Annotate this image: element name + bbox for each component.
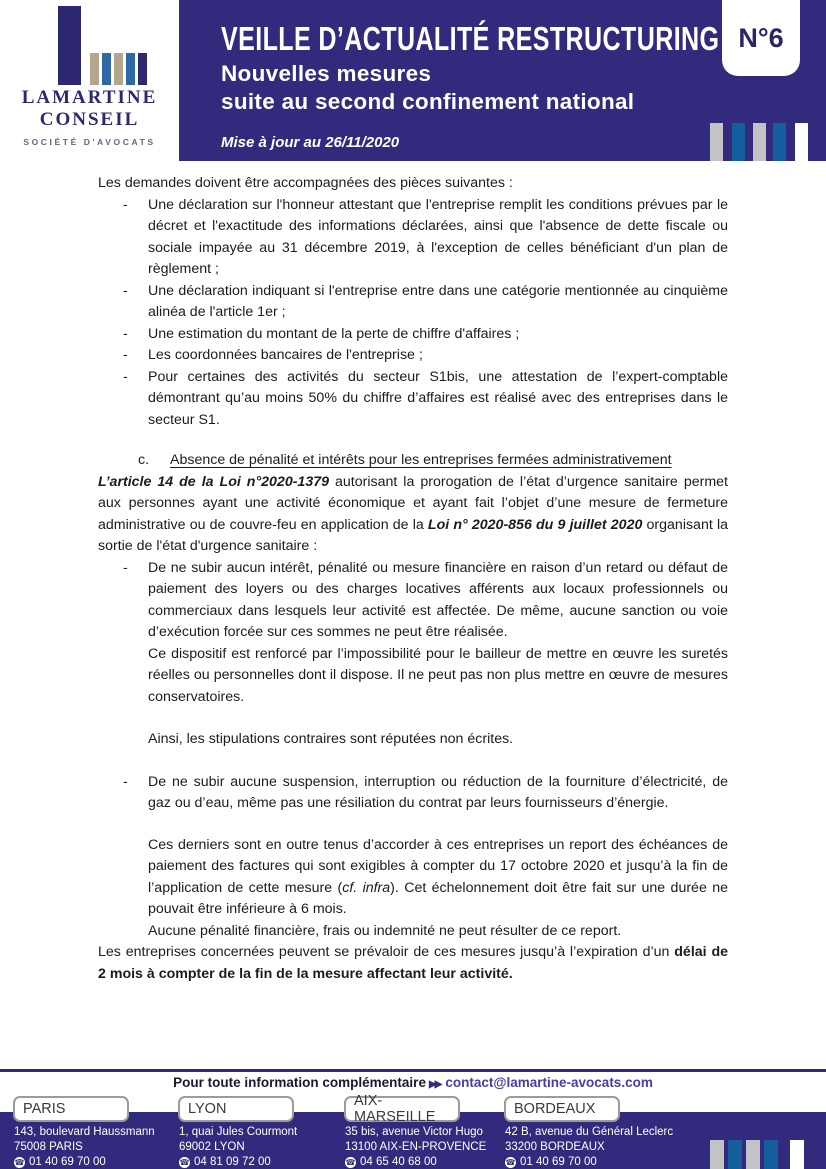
decor-bar-blue-2 (764, 1140, 778, 1169)
measure-block-2: - De ne subir aucune suspension, interru… (98, 772, 728, 943)
phone-icon: ☎ (345, 1157, 356, 1168)
list-item: - Pour certaines des activités du secteu… (98, 367, 728, 432)
footer-divider (0, 1069, 826, 1072)
logo-line1: LAMARTINE (0, 87, 179, 109)
decor-bar-gray-2 (746, 1140, 760, 1169)
decor-bar-blue-2 (773, 123, 786, 161)
phone-number: 01 40 69 70 00 (520, 1155, 597, 1169)
office-address-bordeaux: 42 B, avenue du Général Leclerc 33200 BO… (505, 1125, 673, 1169)
office-address-line: 42 B, avenue du Général Leclerc (505, 1125, 673, 1140)
list-item-text: Une déclaration sur l'honneur attestant … (148, 197, 728, 278)
list-item: - Les coordonnées bancaires de l'entrepr… (98, 345, 728, 367)
measure-block-1: - De ne subir aucun intérêt, pénalité ou… (98, 558, 728, 751)
footer-contact-line: Pour toute information complémentaire▶▶c… (0, 1075, 826, 1090)
measure-1-follow: Ce dispositif est renforcé par l’impossi… (148, 644, 728, 709)
header-banner: LAMARTINE CONSEIL SOCIÉTÉ D'AVOCATS VEIL… (0, 0, 826, 161)
office-address-paris: 143, boulevard Haussmann 75008 PARIS ☎ 0… (14, 1125, 155, 1169)
logo-bars-icon (58, 6, 150, 86)
office-address-line: 69002 LYON (179, 1140, 297, 1155)
section-heading: c.Absence de pénalité et intérêts pour l… (98, 450, 728, 472)
list-item-text: Une déclaration indiquant si l'entrepris… (148, 283, 728, 321)
list-item-text: Une estimation du montant de la perte de… (148, 326, 519, 342)
office-address-line: 75008 PARIS (14, 1140, 155, 1155)
bullet-dash: - (123, 195, 128, 217)
office-card-paris: PARIS (13, 1096, 129, 1122)
list-item: - Une estimation du montant de la perte … (98, 324, 728, 346)
decor-bar-white (795, 123, 808, 161)
contact-email-link[interactable]: contact@lamartine-avocats.com (445, 1075, 652, 1090)
closing-text: Les entreprises concernées peuvent se pr… (98, 944, 674, 960)
logo-bar-3 (114, 53, 123, 85)
closing-paragraph: Les entreprises concernées peuvent se pr… (98, 942, 728, 985)
office-card-lyon: LYON (178, 1096, 294, 1122)
list-item-text: Pour certaines des activités du secteur … (148, 369, 728, 428)
decor-bar-blue-1 (728, 1140, 742, 1169)
list-item: - Une déclaration sur l'honneur attestan… (98, 195, 728, 281)
list-item: - Une déclaration indiquant si l'entrepr… (98, 281, 728, 324)
logo-bar-tall (58, 6, 81, 85)
issue-number: N°6 (738, 23, 783, 54)
office-address-line: 35 bis, avenue Victor Hugo (345, 1125, 486, 1140)
document-body: Les demandes doivent être accompagnées d… (98, 161, 728, 985)
office-phone-row: ☎ 01 40 69 70 00 (505, 1155, 673, 1169)
measure-2-bullet: De ne subir aucune suspension, interrupt… (148, 772, 728, 815)
phone-icon: ☎ (14, 1157, 25, 1168)
office-city-label: BORDEAUX (514, 1101, 595, 1117)
logo-bar-2 (102, 53, 111, 85)
section-title: Absence de pénalité et intérêts pour les… (170, 452, 672, 468)
measure-2-note: Aucune pénalité financière, frais ou ind… (148, 921, 728, 943)
requirements-list: - Une déclaration sur l'honneur attestan… (98, 195, 728, 432)
phone-number: 04 65 40 68 00 (360, 1155, 437, 1169)
decor-bar-gray-1 (710, 123, 723, 161)
logo-bar-1 (90, 53, 99, 85)
law-reference-2: Loi n° 2020-856 du 9 juillet 2020 (428, 517, 642, 533)
subtitle-line2: suite au second confinement national (221, 88, 634, 116)
measure-1-bullet: De ne subir aucun intérêt, pénalité ou m… (148, 558, 728, 644)
phone-icon: ☎ (179, 1157, 190, 1168)
forward-arrows-icon: ▶▶ (426, 1079, 445, 1090)
newsletter-page: LAMARTINE CONSEIL SOCIÉTÉ D'AVOCATS VEIL… (0, 0, 826, 1169)
article-paragraph: L’article 14 de la Loi n°2020-1379 autor… (98, 472, 728, 558)
office-address-aix-marseille: 35 bis, avenue Victor Hugo 13100 AIX-EN-… (345, 1125, 486, 1169)
bullet-dash: - (123, 772, 128, 794)
logo-line2: CONSEIL (0, 109, 179, 131)
issue-badge: N°6 (722, 0, 800, 76)
logo-wordmark: LAMARTINE CONSEIL (0, 87, 179, 131)
contact-label: Pour toute information complémentaire (173, 1075, 426, 1090)
law-reference-1: L’article 14 de la Loi n°2020-1379 (98, 474, 329, 490)
newsletter-title: VEILLE D’ACTUALITÉ RESTRUCTURING (221, 20, 719, 58)
cf-infra-reference: cf. infra (342, 880, 390, 896)
office-city-label: PARIS (23, 1101, 65, 1117)
intro-paragraph: Les demandes doivent être accompagnées d… (98, 173, 728, 195)
office-city-label: LYON (188, 1101, 226, 1117)
logo-tagline: SOCIÉTÉ D'AVOCATS (0, 137, 179, 147)
office-phone-row: ☎ 04 81 09 72 00 (179, 1155, 297, 1169)
subtitle-line1: Nouvelles mesures (221, 60, 634, 88)
office-card-bordeaux: BORDEAUX (504, 1096, 620, 1122)
phone-icon: ☎ (505, 1157, 516, 1168)
update-date: Mise à jour au 26/11/2020 (221, 134, 399, 151)
bullet-dash: - (123, 345, 128, 367)
bullet-dash: - (123, 558, 128, 580)
bullet-dash: - (123, 324, 128, 346)
newsletter-subtitle: Nouvelles mesures suite au second confin… (221, 60, 634, 116)
decor-bar-gray-2 (753, 123, 766, 161)
office-city-label: AIX-MARSEILLE (354, 1093, 450, 1125)
office-address-line: 1, quai Jules Courmont (179, 1125, 297, 1140)
section-marker: c. (138, 450, 170, 472)
office-address-line: 13100 AIX-EN-PROVENCE (345, 1140, 486, 1155)
office-address-line: 143, boulevard Haussmann (14, 1125, 155, 1140)
office-address-line: 33200 BORDEAUX (505, 1140, 673, 1155)
measure-1-note: Ainsi, les stipulations contraires sont … (148, 729, 728, 751)
office-card-aix-marseille: AIX-MARSEILLE (344, 1096, 460, 1122)
decor-bar-white (790, 1140, 804, 1169)
logo-bar-5 (138, 53, 147, 85)
phone-number: 01 40 69 70 00 (29, 1155, 106, 1169)
bullet-dash: - (123, 281, 128, 303)
office-phone-row: ☎ 04 65 40 68 00 (345, 1155, 486, 1169)
company-logo: LAMARTINE CONSEIL SOCIÉTÉ D'AVOCATS (0, 0, 179, 161)
list-item-text: Les coordonnées bancaires de l'entrepris… (148, 347, 423, 363)
decor-bar-gray-1 (710, 1140, 724, 1169)
decor-bar-blue-1 (732, 123, 745, 161)
logo-bar-4 (126, 53, 135, 85)
bullet-dash: - (123, 367, 128, 389)
office-phone-row: ☎ 01 40 69 70 00 (14, 1155, 155, 1169)
office-address-lyon: 1, quai Jules Courmont 69002 LYON ☎ 04 8… (179, 1125, 297, 1169)
phone-number: 04 81 09 72 00 (194, 1155, 271, 1169)
measure-2-follow: Ces derniers sont en outre tenus d’accor… (148, 835, 728, 921)
